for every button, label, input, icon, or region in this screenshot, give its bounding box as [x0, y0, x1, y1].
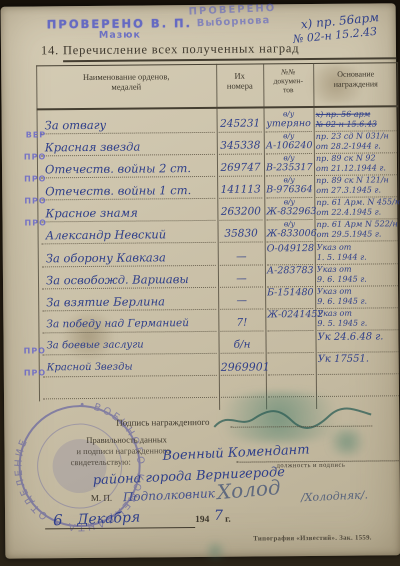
col-header-documents-line1: №№ — [281, 67, 295, 76]
award-name: За победу над Германией — [42, 315, 216, 334]
document-page: ПРОВЕРЕНО В. П. Мазюк ПРОВЕРЕНО Выборнов… — [1, 3, 400, 558]
basis-line1: пр. 89 ск N 92 — [316, 153, 397, 164]
table-row: Отечеств. войны 1 ст. 141113 в/уВ-976364… — [37, 175, 399, 200]
award-number: 245231 — [219, 116, 262, 132]
basis-line2: 9. 5. 1945 г. — [317, 318, 398, 329]
stamp-fragment: ПРО — [24, 196, 46, 205]
award-name: Красная звезда — [41, 138, 215, 157]
basis-line2: от 28.2-1944 г. — [316, 141, 397, 152]
stamp-fragment: ПРО — [24, 174, 46, 183]
table-top-rule — [63, 57, 396, 62]
stamp-fragment: ПРО — [24, 368, 46, 377]
award-name: За отвагу — [41, 116, 215, 135]
award-number: 7! — [220, 315, 263, 331]
award-name: За освобожд. Варшавы — [42, 271, 216, 290]
awardee-signature-label: Подпись награжденного — [116, 417, 209, 428]
basis-line1: пр. 23 сд N 031/н — [316, 131, 397, 142]
doc-number: В-976364 — [266, 184, 312, 196]
table-row: За оборону Кавказа — О-049128 Указ от1. … — [38, 242, 400, 267]
doc-number: О-049128 — [267, 243, 313, 255]
col-header-numbers-line1: Их — [234, 71, 244, 81]
stamp-fragment: ПРО — [24, 152, 46, 161]
commandant-signature: Холод — [216, 475, 281, 504]
award-number: — — [220, 249, 263, 265]
mp-label: М. П. — [91, 493, 112, 503]
table-row: Красное знамя 263200 в/уЖ-832963 пр. 61 … — [37, 197, 399, 222]
basis-line1: пр. 89 ск N 121/н — [316, 175, 397, 186]
award-name: Отечеств. войны 1 ст. — [41, 182, 215, 201]
award-name: За оборону Кавказа — [42, 249, 216, 268]
table-row: За освобожд. Варшавы — А-283783 Указ от9… — [38, 264, 400, 289]
table-row: За отвагу 245231 в/уутеряно х) пр. 56 ар… — [37, 109, 399, 134]
section-title: 14. Перечисление всех полученных наград — [41, 41, 300, 58]
stamp-fragment: ПРО — [24, 218, 46, 227]
award-number: — — [220, 271, 263, 287]
hand-rank: Подполковник — [123, 486, 216, 504]
hand-surname: /Холодняк/. — [301, 488, 369, 504]
award-name: Александр Невский — [42, 226, 216, 245]
doc-number: утеряно — [266, 118, 312, 130]
award-number: 263200 — [219, 204, 262, 220]
col-header-basis: Основание награждения — [314, 69, 397, 90]
col-header-basis-line1: Основание — [337, 69, 374, 78]
basis-line2: от 29.5.1945 г. — [317, 229, 398, 240]
col-header-numbers: Их номера — [217, 70, 262, 90]
doc-number: В-235317 — [266, 162, 312, 174]
award-number: — — [220, 293, 263, 309]
table-row: Отечеств. войны 2 ст. 269747 в/уВ-235317… — [37, 153, 399, 178]
certify-line1: Правильность данных — [86, 434, 167, 445]
doc-number: Б-151480 — [267, 287, 313, 299]
certify-line2: и подписи награжденного — [76, 445, 170, 456]
col-header-basis-line2: награждения — [334, 79, 378, 88]
awardee-signature — [209, 401, 379, 436]
table-row: Александр Невский 35830 в/уЖ-833006 пр. … — [37, 219, 399, 244]
basis-line1: пр. 61 Арм N 522/н — [316, 219, 397, 230]
basis-line2: 9. 6. 1945 г. — [317, 296, 398, 307]
award-number: 2969901 — [221, 359, 264, 375]
checked-stamp-2-name: Выборнова — [197, 15, 271, 29]
table-row: За победу над Германией 7! Ж-0241452 Ука… — [38, 308, 400, 333]
doc-number: А-283783 — [267, 265, 313, 277]
basis-line2: от 22.4.1945 г. — [316, 207, 397, 218]
award-number: 269747 — [219, 160, 262, 176]
doc-number: А-106240 — [266, 140, 312, 152]
position-caption: должность и подпись — [277, 462, 346, 470]
col-header-documents-line2: докумен- — [274, 76, 303, 85]
basis-empty — [318, 374, 399, 397]
date-year-suffix: г. — [225, 515, 231, 525]
basis-line2: от 27.3.1945 г. — [316, 185, 397, 196]
stamp-fragment: ПРО — [24, 346, 46, 355]
col-header-awards-line1: Наименование орденов, — [83, 71, 170, 82]
award-name: Красное знамя — [41, 204, 215, 223]
table-row: Красная звезда 345338 в/уА-106240 пр. 23… — [37, 131, 399, 156]
award-number: б/н — [220, 337, 263, 353]
award-number: 141113 — [219, 182, 262, 198]
basis-line2: от 21.12.1944 г. — [316, 163, 397, 174]
doc-number: Ж-0241452 — [267, 309, 313, 321]
col-header-documents-line3: тов — [283, 85, 294, 94]
col-header-numbers-line2: номера — [227, 81, 253, 91]
basis-line1: пр. 61 Арм. N 455/н — [316, 197, 397, 208]
date-year-hand: 7 — [214, 508, 223, 524]
date-month: Декабря — [77, 509, 141, 528]
basis-line2: 9. 6. 1945 г. — [317, 274, 398, 285]
col-header-awards-line2: медалей — [111, 82, 141, 92]
col-header-documents: №№ докумен- тов — [264, 67, 312, 94]
certify-line3: свидетельствую: — [71, 457, 131, 468]
basis-line1: Ук 24.6.48 г. — [317, 330, 398, 344]
table-row: Красной Звезды 2969901 Ук 17551. — [39, 352, 400, 377]
table-row: За взятие Берлина — Б-151480 Указ от9. 6… — [38, 286, 400, 311]
doc-number: Ж-833006 — [267, 228, 313, 240]
award-number: 35830 — [220, 226, 263, 242]
stamp-fragment: ВЕР — [26, 130, 47, 139]
date-day: 6 — [53, 511, 63, 529]
award-number: 345338 — [219, 138, 262, 154]
award-name: За боевые заслуги — [42, 337, 216, 356]
table-row: За боевые заслуги б/н Ук 24.6.48 г. — [38, 330, 400, 355]
basis-line1: Ук 17551. — [318, 352, 399, 366]
basis-line2: № 02-н 15.6.43 — [316, 119, 397, 130]
date-year-printed: 194 — [195, 515, 209, 525]
checked-stamp-1-name: Мазюк — [99, 30, 141, 41]
basis-line1: х) пр. 56 арм — [316, 109, 397, 120]
award-name: За взятие Берлина — [42, 293, 216, 312]
ink-stain — [205, 541, 225, 561]
award-name: Отечеств. войны 2 ст. — [41, 160, 215, 179]
doc-number: Ж-832963 — [266, 206, 312, 218]
basis-line2: 1. 5. 1944 г. — [317, 252, 398, 263]
print-shop-footer: Типография «Известий». Зак. 1559. — [253, 535, 372, 543]
col-header-awards: Наименование орденов, медалей — [46, 71, 206, 92]
award-name: Красной Звезды — [43, 359, 217, 378]
